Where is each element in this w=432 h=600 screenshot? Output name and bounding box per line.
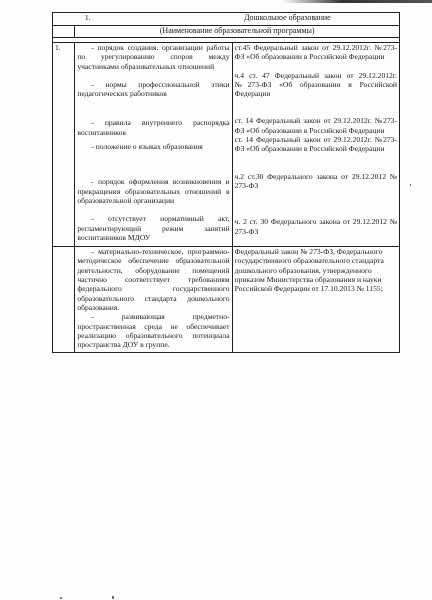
legal-basis-cell: Федеральный закон № 273-ФЗ, Федерального… [232,247,399,353]
description-item: - развивающая предметно-пространственная… [77,312,229,349]
legal-basis-item: ст.45 Федеральный закон от 29.12.2012г. … [235,43,397,62]
description-item: - правила внутреннего распорядка воспита… [77,118,229,137]
program-caption-row: (Наименование образовательной программы) [53,26,400,38]
table-row: - материально-техническое, программно-ме… [53,247,400,353]
scan-speck [112,596,114,599]
description-cell: - порядок создания, организации работы п… [75,43,232,247]
legal-basis-item: ст. 14 Федеральный закон от 29.12.2012г.… [235,135,397,154]
program-number: 1. [75,13,232,26]
table-row: 1. - порядок создания, организации работ… [53,43,400,247]
scan-edge-shadow [282,0,432,3]
legal-basis-item: ч.4 ст. 47 Федеральный закон от 29.12.20… [235,71,397,99]
description-item: - материально-техническое, программно-ме… [77,247,229,312]
legal-basis-item: Федеральный закон № 273-ФЗ, Федерального… [235,247,397,293]
program-title-row: 1. Дошкольное образование [53,13,400,26]
row-number [53,247,75,353]
legal-basis-item: ч.2 ст.30 Федерального закона от 29.12.2… [235,172,397,191]
description-item: - порядок создания, организации работы п… [77,43,229,71]
requirements-table: 1. Дошкольное образование (Наименование … [52,12,400,353]
legal-basis-item: ст. 14 Федеральный закон от 29.12.2012г.… [235,116,397,135]
description-item: - нормы профессиональной этики педагогич… [77,80,229,99]
legal-basis-cell: ст.45 Федеральный закон от 29.12.2012г. … [232,43,399,247]
row-number: 1. [53,43,75,247]
program-title: Дошкольное образование [232,13,399,26]
description-item: - отсутствует нормативный акт, регламент… [77,214,229,242]
program-caption: (Наименование образовательной программы) [75,26,400,38]
description-item: - положение о языках образования [77,142,229,151]
description-item: - порядок оформления возникновения и пре… [77,177,229,205]
scan-speck [60,597,62,599]
document-page: 1. Дошкольное образование (Наименование … [52,12,400,353]
scan-speck [410,184,411,186]
description-cell: - материально-техническое, программно-ме… [75,247,232,353]
legal-basis-item: ч. 2 ст. 30 Федерального закона от 29.12… [235,217,397,236]
